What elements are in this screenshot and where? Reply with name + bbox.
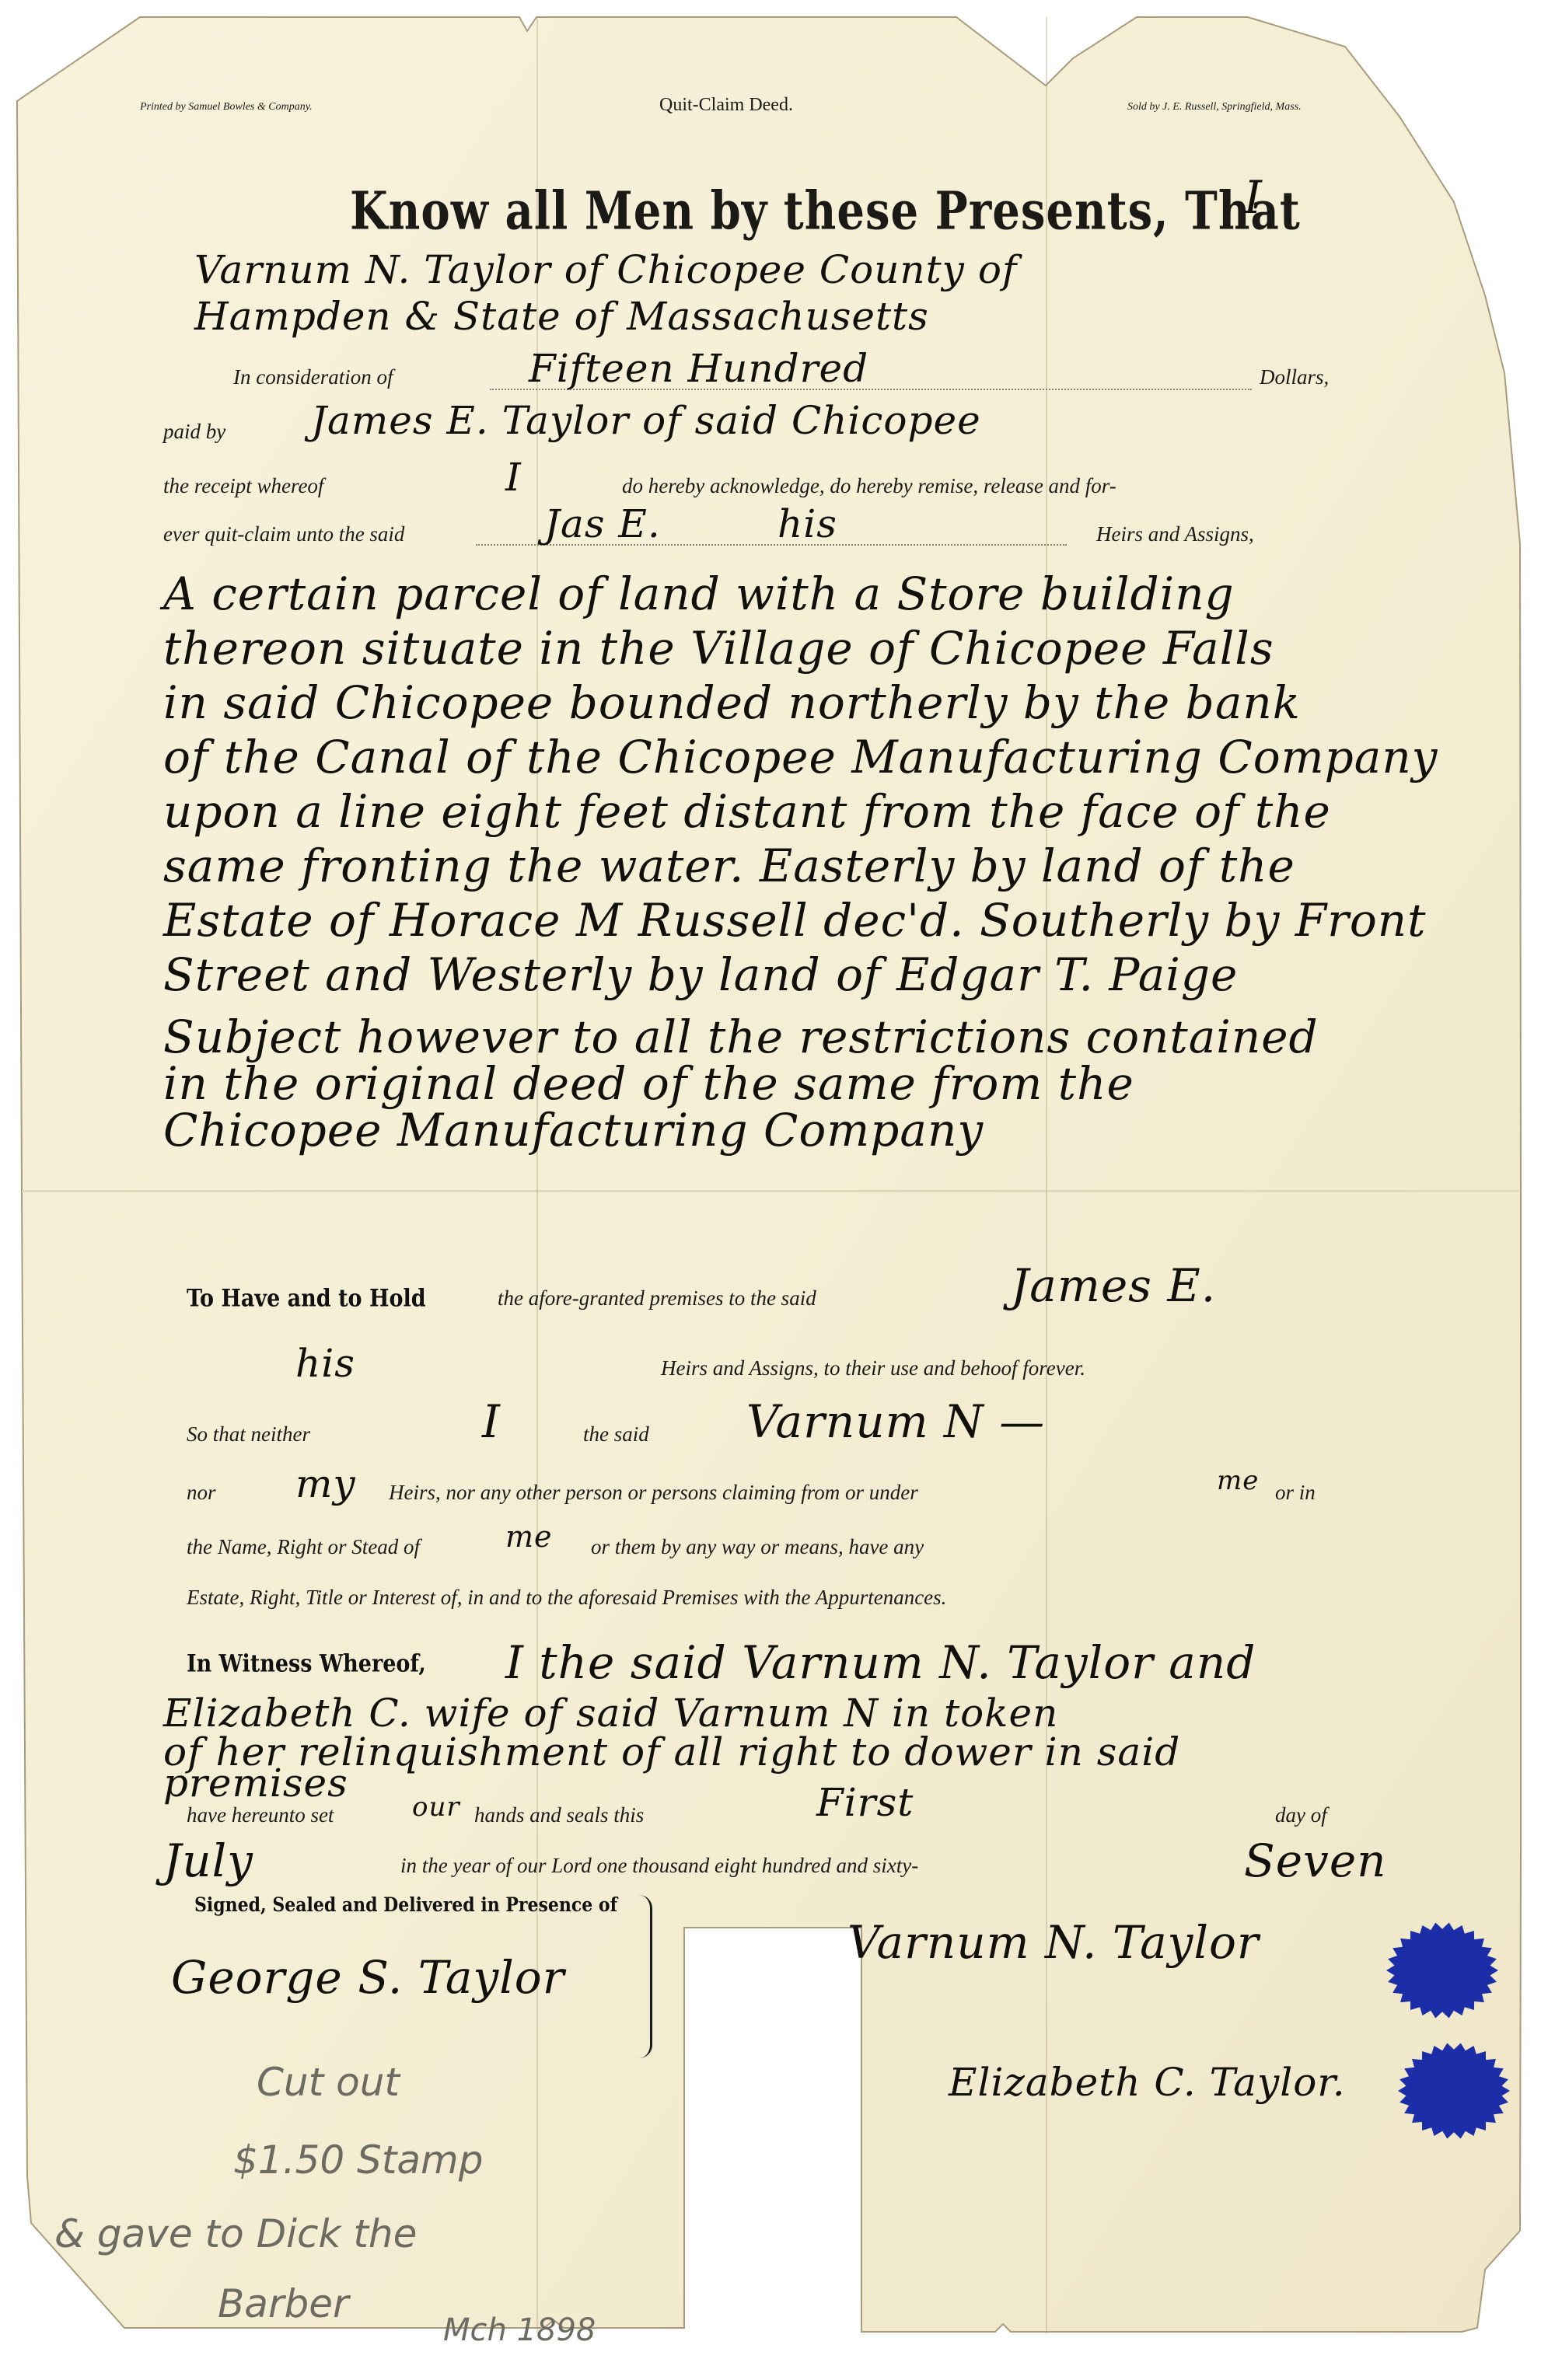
description-line: same fronting the water. Easterly by lan… bbox=[163, 839, 1295, 892]
quitclaim-label: ever quit-claim unto the said bbox=[163, 522, 404, 546]
description-line: Street and Westerly by land of Edgar T. … bbox=[163, 948, 1238, 1001]
habendum-heading: To Have and to Hold bbox=[187, 1285, 426, 1313]
description-line: in the original deed of the same from th… bbox=[163, 1057, 1134, 1110]
heirs-label: Heirs and Assigns, bbox=[1096, 522, 1254, 546]
description-line: upon a line eight feet distant from the … bbox=[163, 785, 1331, 838]
have-label: have hereunto set bbox=[187, 1803, 334, 1827]
witness-heading: Signed, Sealed and Delivered in Presence… bbox=[194, 1893, 617, 1917]
habendum-text-3: Heirs, nor any other person or persons c… bbox=[389, 1481, 918, 1505]
pencil-line: & gave to Dick the bbox=[54, 2211, 417, 2256]
habendum-text-3b: or in bbox=[1275, 1481, 1316, 1505]
pencil-line: Cut out bbox=[257, 2060, 400, 2105]
witness-brace bbox=[639, 1895, 652, 2058]
description-line: thereon situate in the Village of Chicop… bbox=[163, 622, 1274, 675]
habendum-text-1: the afore-granted premises to the said bbox=[498, 1286, 816, 1310]
description-line: Chicopee Manufacturing Company bbox=[163, 1104, 984, 1157]
receipt-pronoun: I bbox=[505, 455, 522, 500]
year-word: Seven bbox=[1244, 1834, 1387, 1887]
grantee-pronoun: his bbox=[777, 501, 837, 546]
receipt-label: the receipt whereof bbox=[163, 474, 323, 498]
paid-by-label: paid by bbox=[163, 420, 225, 444]
habendum-text-2: Heirs and Assigns, to their use and beho… bbox=[661, 1356, 1085, 1380]
testimonium-line-1: I the said Varnum N. Taylor and bbox=[505, 1636, 1256, 1689]
testimonium-line-4: premises bbox=[163, 1761, 348, 1806]
neither-pronoun: I bbox=[482, 1395, 501, 1448]
consideration-label: In consideration of bbox=[233, 365, 393, 389]
testimonium-heading: In Witness Whereof, bbox=[187, 1650, 426, 1678]
day-value: First bbox=[816, 1780, 914, 1825]
said-label: the said bbox=[583, 1422, 649, 1446]
witness-signature: George S. Taylor bbox=[171, 1951, 564, 2004]
grantee-short: Jas E. bbox=[544, 501, 661, 546]
description-line: Estate of Horace M Russell dec'd. Southe… bbox=[163, 894, 1426, 947]
habendum-text-4a: the Name, Right or Stead of bbox=[187, 1535, 420, 1559]
description-line: of the Canal of the Chicopee Manufacturi… bbox=[163, 731, 1438, 783]
grantor-signature: Varnum N. Taylor bbox=[847, 1916, 1260, 1969]
dollars-label: Dollars, bbox=[1260, 365, 1329, 389]
habendum-grantee: James E. bbox=[1011, 1259, 1216, 1312]
description-line: Subject however to all the restrictions … bbox=[163, 1010, 1319, 1063]
habendum-pronoun: his bbox=[295, 1341, 355, 1386]
deed-headline: Know all Men by these Presents, That bbox=[350, 180, 1301, 242]
paid-by-name: James E. Taylor of said Chicopee bbox=[311, 398, 981, 443]
seal-icon bbox=[1384, 1920, 1501, 2021]
seller-imprint: Sold by J. E. Russell, Springfield, Mass… bbox=[1127, 101, 1302, 113]
pencil-date: Mch 1898 bbox=[443, 2312, 596, 2348]
receipt-text: do hereby acknowledge, do hereby remise,… bbox=[622, 474, 1116, 498]
description-line: A certain parcel of land with a Store bu… bbox=[163, 567, 1235, 620]
pencil-line: Barber bbox=[218, 2281, 349, 2326]
habendum-text-4b: or them by any way or means, have any bbox=[591, 1535, 924, 1559]
grantor-line-2: Hampden & State of Massachusetts bbox=[194, 294, 929, 339]
horizontal-fold bbox=[22, 1190, 1519, 1192]
day-of-label: day of bbox=[1275, 1803, 1327, 1827]
neither-label: So that neither bbox=[187, 1422, 310, 1446]
nor-pronoun: my bbox=[295, 1461, 356, 1506]
printer-imprint: Printed by Samuel Bowles & Company. bbox=[140, 101, 313, 113]
month-value: July bbox=[163, 1834, 253, 1887]
seal-icon bbox=[1396, 2040, 1512, 2141]
under-pronoun: me bbox=[1217, 1465, 1259, 1496]
habendum-text-5: Estate, Right, Title or Interest of, in … bbox=[187, 1586, 946, 1610]
vertical-fold-2 bbox=[1046, 17, 1047, 2333]
form-title: Quit-Claim Deed. bbox=[659, 95, 793, 116]
grantor-short: Varnum N — bbox=[746, 1395, 1045, 1448]
description-line: in said Chicopee bounded northerly by th… bbox=[163, 676, 1301, 729]
pencil-line: $1.50 Stamp bbox=[233, 2137, 483, 2183]
consideration-amount: Fifteen Hundred bbox=[529, 346, 868, 391]
hands-label: hands and seals this bbox=[474, 1803, 644, 1827]
nor-label: nor bbox=[187, 1481, 216, 1505]
year-label: in the year of our Lord one thousand eig… bbox=[400, 1854, 918, 1878]
grantor-pronoun: I bbox=[1244, 171, 1263, 224]
grantor-line-1: Varnum N. Taylor of Chicopee County of bbox=[194, 247, 1017, 292]
stead-pronoun: me bbox=[505, 1520, 553, 1554]
our-pronoun: our bbox=[412, 1792, 460, 1823]
wife-signature: Elizabeth C. Taylor. bbox=[949, 2060, 1346, 2105]
